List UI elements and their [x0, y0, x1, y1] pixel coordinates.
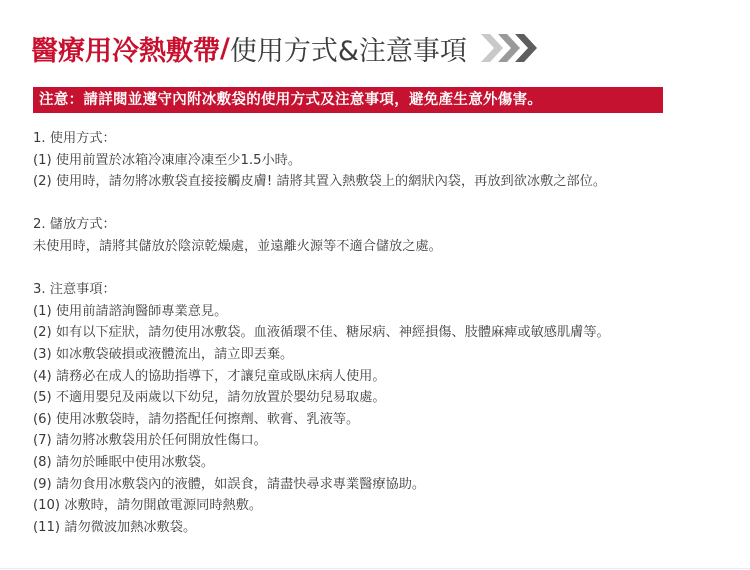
list-item: (9) 請勿食用冰敷袋內的液體，如誤食，請盡快尋求專業醫療協助。 — [33, 474, 733, 496]
section-storage: 2. 儲放方式： 未使用時，請將其儲放於陰涼乾燥處，並遠離火源等不適合儲放之處。 — [33, 214, 733, 257]
list-item: (11) 請勿微波加熱冰敷袋。 — [33, 517, 733, 539]
list-item: (7) 請勿將冰敷袋用於任何開放性傷口。 — [33, 430, 733, 452]
bottom-divider — [0, 568, 750, 569]
list-item: (10) 冰敷時，請勿開啟電源同時熱敷。 — [33, 495, 733, 517]
list-item: 未使用時，請將其儲放於陰涼乾燥處，並遠離火源等不適合儲放之處。 — [33, 236, 733, 258]
list-item: (3) 如冰敷袋破損或液體流出，請立即丟棄。 — [33, 344, 733, 366]
list-item: (8) 請勿於睡眠中使用冰敷袋。 — [33, 452, 733, 474]
product-name: 醫療用冷熱敷帶 — [31, 29, 220, 68]
section-precautions: 3. 注意事項： (1) 使用前請諮詢醫師專業意見。 (2) 如有以下症狀，請勿… — [33, 279, 733, 538]
warning-banner: 注意：請詳閱並遵守內附冰敷袋的使用方式及注意事項，避免產生意外傷害。 — [33, 87, 663, 113]
page-title: 醫療用冷熱敷帶 / 使用方式&注意事項 — [31, 28, 541, 68]
list-item: (2) 如有以下症狀，請勿使用冰敷袋。血液循環不佳、糖尿病、神經損傷、肢體麻痺或… — [33, 322, 733, 344]
list-item: (5) 不適用嬰兒及兩歲以下幼兒，請勿放置於嬰幼兒易取處。 — [33, 387, 733, 409]
triple-chevron-right-icon — [481, 34, 541, 62]
list-item: (4) 請務必在成人的協助指導下，才讓兒童或臥床病人使用。 — [33, 366, 733, 388]
section-usage: 1. 使用方式： (1) 使用前置於冰箱冷凍庫冷凍至少1.5小時。 (2) 使用… — [33, 128, 733, 193]
section-heading: 3. 注意事項： — [33, 279, 733, 301]
instructions-body: 1. 使用方式： (1) 使用前置於冰箱冷凍庫冷凍至少1.5小時。 (2) 使用… — [33, 128, 733, 538]
list-item: (6) 使用冰敷袋時，請勿搭配任何擦劑、軟膏、乳液等。 — [33, 409, 733, 431]
title-separator: / — [220, 33, 230, 64]
list-item: (1) 使用前置於冰箱冷凍庫冷凍至少1.5小時。 — [33, 150, 733, 172]
section-heading: 2. 儲放方式： — [33, 214, 733, 236]
title-subject: 使用方式&注意事項 — [230, 29, 467, 68]
section-heading: 1. 使用方式： — [33, 128, 733, 150]
list-item: (2) 使用時，請勿將冰敷袋直接接觸皮膚! 請將其置入熱敷袋上的網狀內袋，再放到… — [33, 171, 733, 193]
list-item: (1) 使用前請諮詢醫師專業意見。 — [33, 301, 733, 323]
